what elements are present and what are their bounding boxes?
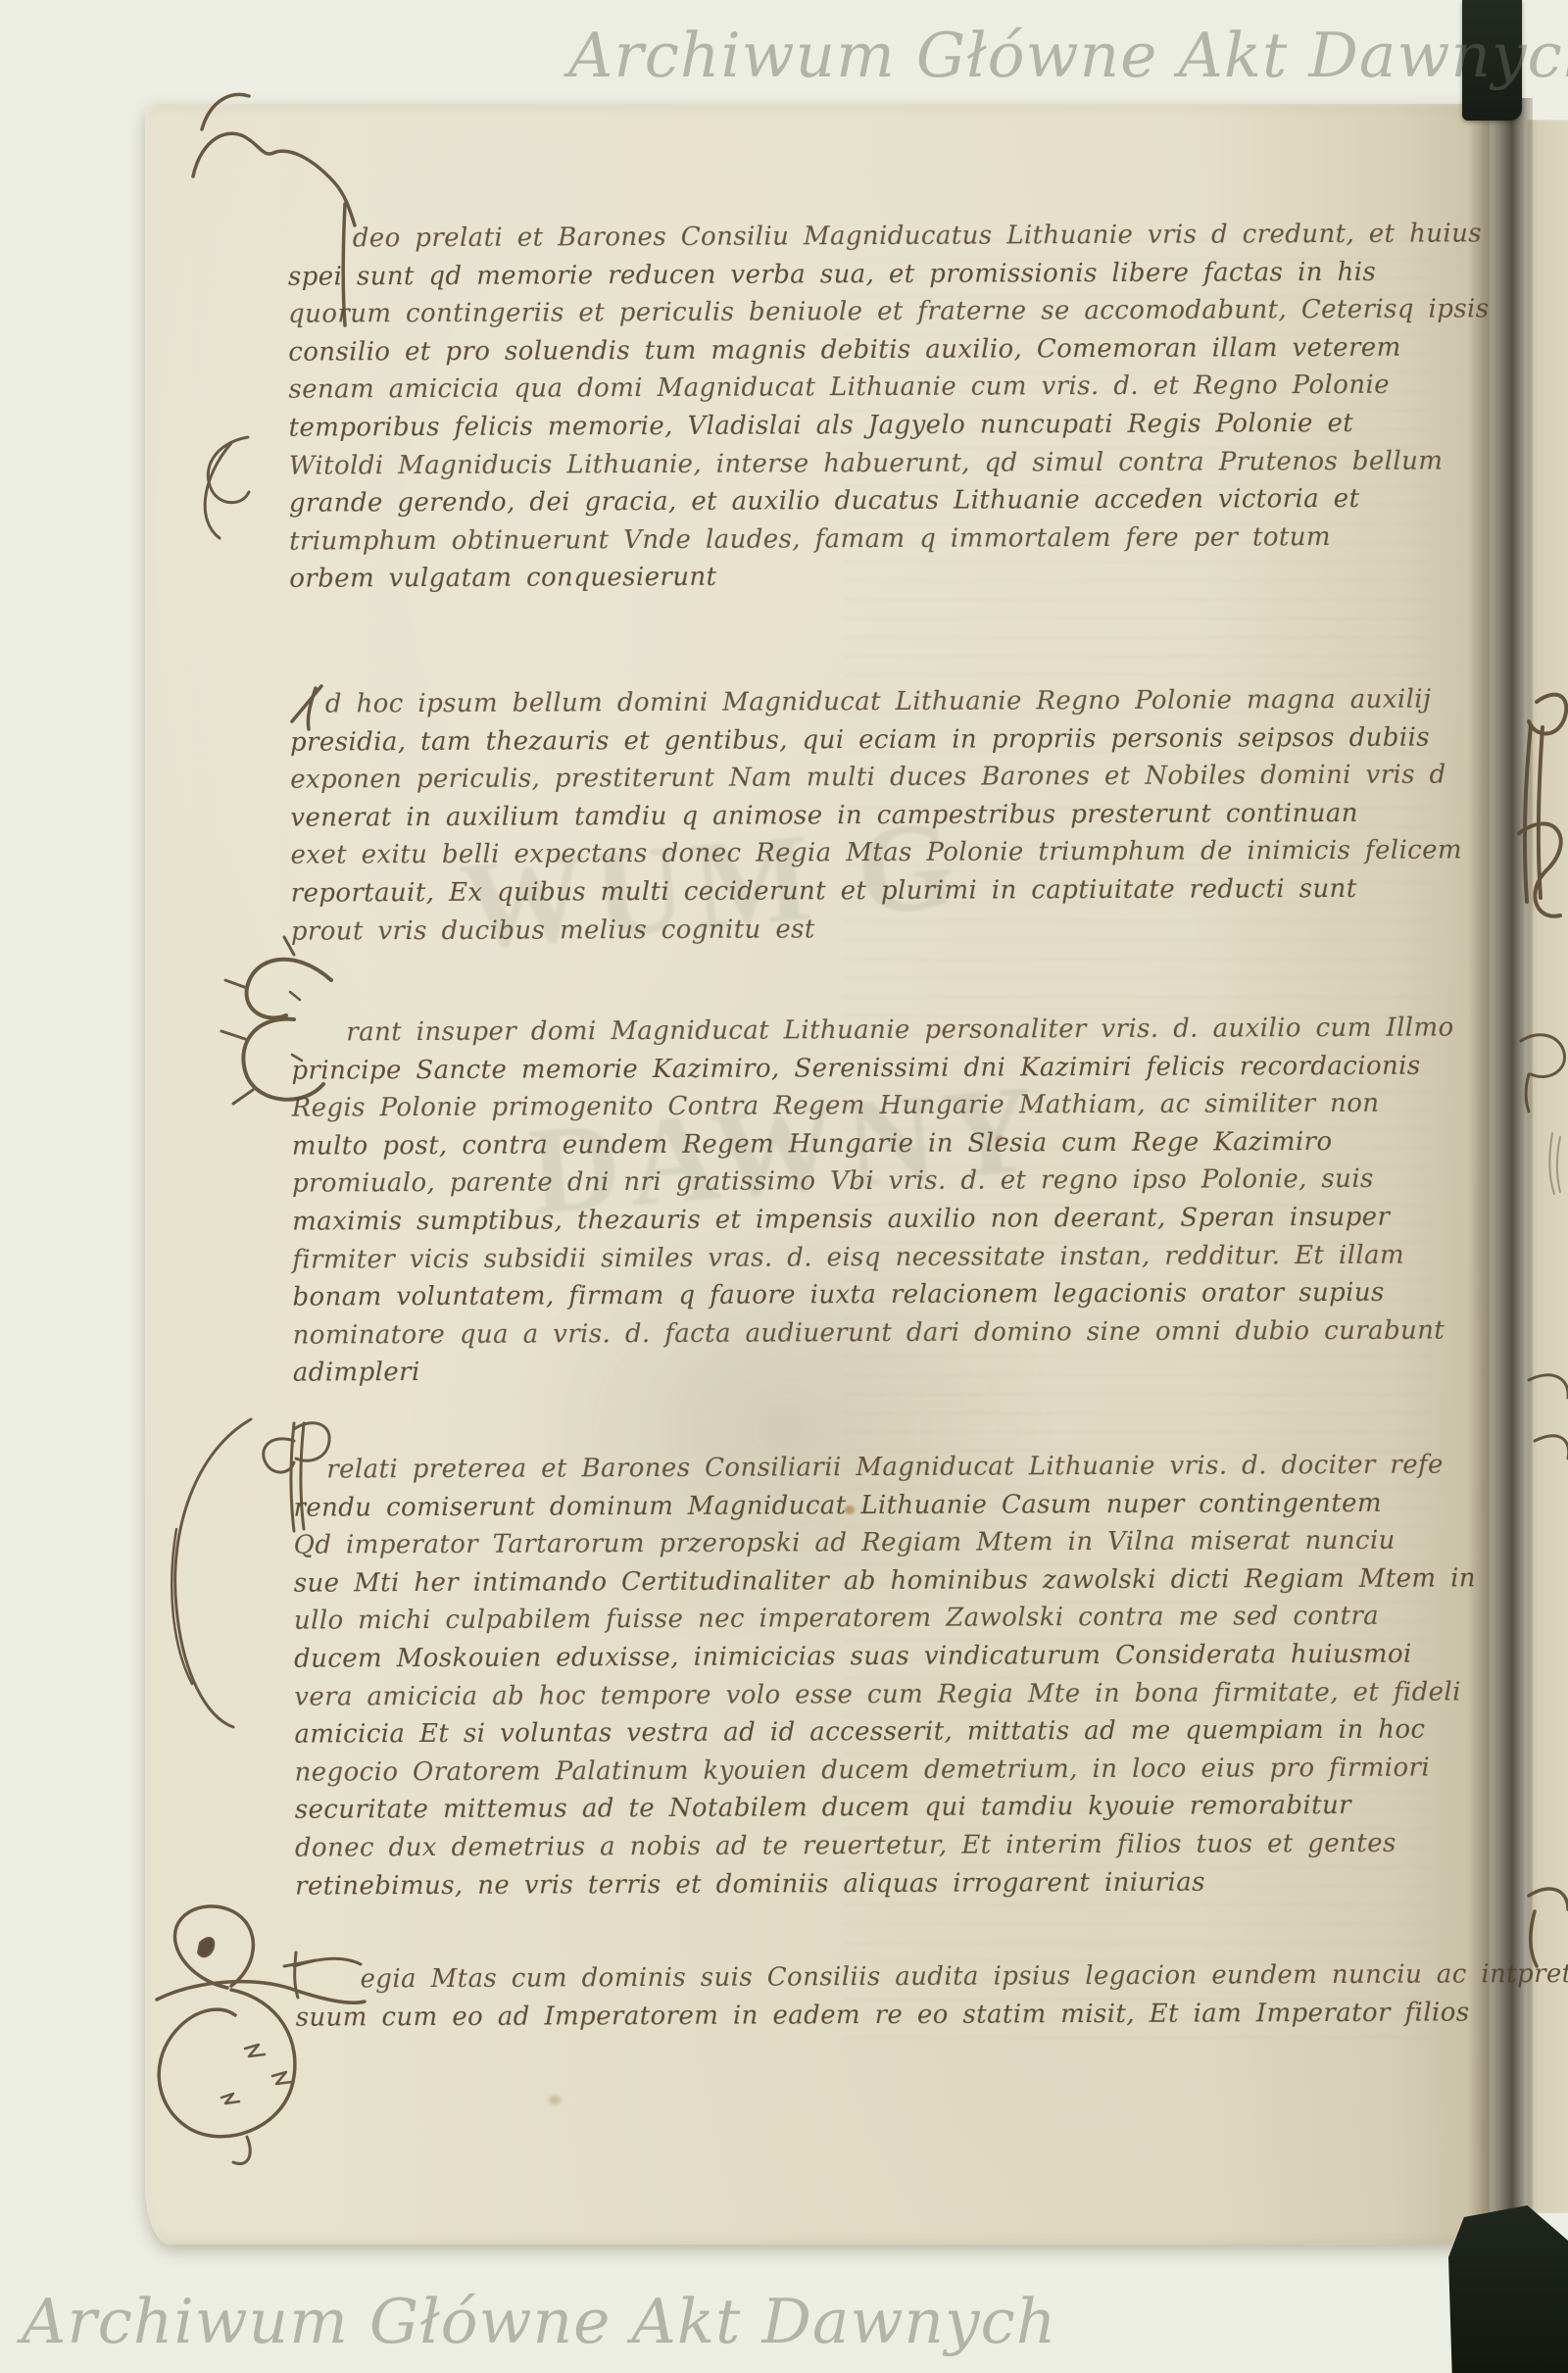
bookmark-ribbon-bottom (1448, 2205, 1568, 2373)
book-gutter-shadow (1468, 98, 1533, 2235)
adjacent-page-edge (1527, 120, 1568, 2213)
bookmark-ribbon-top (1462, 0, 1522, 121)
archive-watermark-top: Archiwum Główne Akt Dawnych (568, 20, 1568, 91)
archive-scan: WUM G DAWNY deo prelati et Barones Consi… (0, 0, 1568, 2373)
manuscript-page (145, 104, 1490, 2245)
archive-watermark-bottom: Archiwum Główne Akt Dawnych (22, 2286, 1056, 2357)
